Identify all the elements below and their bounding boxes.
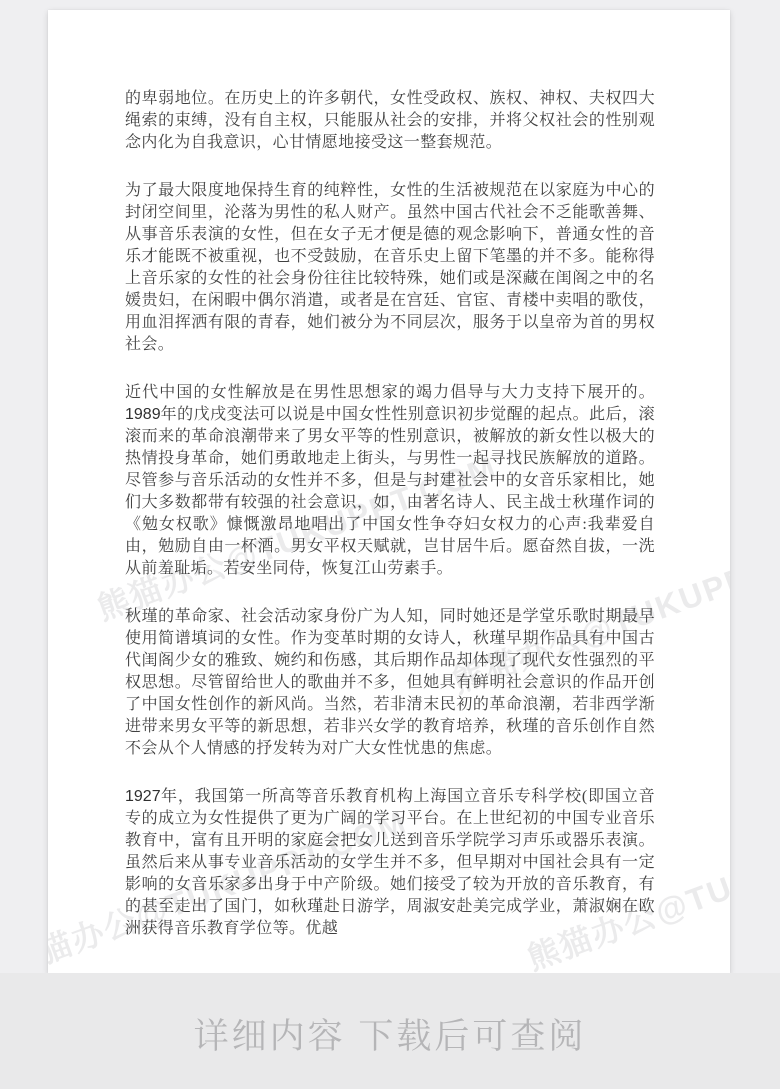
paragraph-text: 年的戊戌变法可以说是中国女性性别意识初步觉醒的起点。此后，滚滚而来的革命浪潮带来… (125, 406, 655, 577)
paragraph-text: 近代中国的女性解放是在男性思想家的竭力倡导与大力支持下展开的。 (125, 384, 655, 401)
paragraph: 秋瑾的革命家、社会活动家身份广为人知，同时她还是学堂乐歌时期最早使用简谱填词的女… (125, 606, 655, 760)
year-number: 1989 (125, 406, 161, 423)
footer-hint-text: 详细内容 下载后可查阅 (194, 1003, 587, 1059)
preview-stage: 熊猫办公@TUKUPPT.COM 熊猫办公@TUKUPPT.COM 熊猫办公@T… (0, 0, 780, 1089)
paragraph-text: 为了最大限度地保持生育的纯粹性，女性的生活被规范在以家庭为中心的封闭空间里，沦落… (125, 182, 655, 353)
paragraph-text: 的卑弱地位。在历史上的许多朝代，女性受政权、族权、神权、夫权四大绳索的束缚，没有… (125, 90, 655, 151)
paragraph: 为了最大限度地保持生育的纯粹性，女性的生活被规范在以家庭为中心的封闭空间里，沦落… (125, 180, 655, 356)
paragraph: 1927年，我国第一所高等音乐教育机构上海国立音乐专科学校(即国立音专的成立为女… (125, 786, 655, 940)
year-number: 1927 (125, 788, 161, 805)
paragraph: 的卑弱地位。在历史上的许多朝代，女性受政权、族权、神权、夫权四大绳索的束缚，没有… (125, 88, 655, 154)
footer-bar: 详细内容 下载后可查阅 (0, 973, 780, 1089)
paragraph: 近代中国的女性解放是在男性思想家的竭力倡导与大力支持下展开的。1989年的戊戌变… (125, 382, 655, 580)
paragraph-text: 年，我国第一所高等音乐教育机构上海国立音乐专科学校(即国立音专的成立为女性提供了… (125, 788, 655, 937)
paragraph-text: 秋瑾的革命家、社会活动家身份广为人知，同时她还是学堂乐歌时期最早使用简谱填词的女… (125, 608, 655, 757)
document-body: 的卑弱地位。在历史上的许多朝代，女性受政权、族权、神权、夫权四大绳索的束缚，没有… (125, 88, 655, 966)
document-page: 熊猫办公@TUKUPPT.COM 熊猫办公@TUKUPPT.COM 熊猫办公@T… (48, 10, 730, 973)
